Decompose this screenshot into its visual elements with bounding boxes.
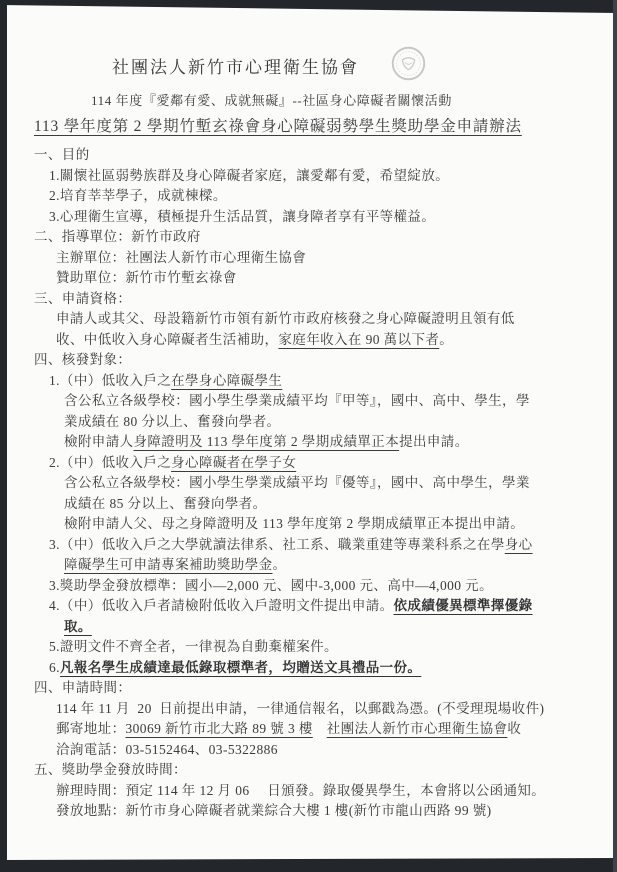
- text-segment: 申請人或其父、母設籍新竹市領有新竹市政府核發之身心障礙證明且領有低: [56, 311, 515, 326]
- doc-line: 2.（中）低收入戶之身心障礙者在學子女: [34, 453, 593, 474]
- text-segment: [313, 721, 327, 736]
- text-segment: 2.（中）低收入戶之: [49, 455, 171, 470]
- text-segment: 三、申請資格：: [34, 291, 131, 306]
- text-segment: 檢附申請人: [64, 434, 134, 449]
- doc-line: 5.證明文件不齊全者，一律視為自動棄權案件。: [34, 637, 593, 658]
- text-segment: 五、獎助學金發放時間：: [34, 762, 187, 777]
- underlined-text-segment: 依成績優異標準擇優錄: [394, 598, 533, 613]
- doc-line: 二、指導單位：新竹市政府: [34, 227, 593, 248]
- underlined-text-segment: 家庭年收入在 90 萬以下者: [278, 332, 439, 347]
- doc-line: 業成績在 80 分以上、奮發向學者。: [34, 412, 593, 433]
- doc-line: 114 年 11 月 20 日前提出申請，一律通信報名，以郵戳為憑。(不受理現場…: [34, 699, 593, 720]
- text-segment: 收、中低收入身心障礙者生活補助，: [56, 332, 278, 347]
- underlined-text-segment: 凡報名學生成績達最低錄取標準者，均贈送文具禮品一份。: [60, 660, 421, 675]
- text-segment: 提出申請。: [399, 434, 469, 449]
- doc-line: 3.獎助學金發放標準：國小—2,000 元、國中-3,000 元、高中—4,00…: [34, 576, 593, 597]
- doc-line: 申請人或其父、母設籍新竹市領有新竹市政府核發之身心障礙證明且領有低: [34, 309, 593, 330]
- underlined-text-segment: 身心障礙者在學子女: [171, 455, 296, 470]
- text-segment: 。: [273, 557, 287, 572]
- doc-line: 3.（中）低收入戶之大學就讀法律系、社工系、職業重建等專業科系之在學身心: [34, 535, 593, 556]
- document-title: 113 學年度第 2 學期竹塹玄祿會身心障礙弱勢學生獎助學金申請辦法: [34, 115, 593, 139]
- doc-line: 4.（中）低收入戶者請檢附低收入戶證明文件提出申請。依成績優異標準擇優錄: [34, 596, 593, 617]
- doc-line: 辦理時間：預定 114 年 12 月 06 日頒發。錄取優異學生，本會將以公函通…: [34, 781, 593, 802]
- text-segment: 成績在 85 分以上、奮發向學者。: [64, 496, 267, 511]
- doc-line: 檢附申請人身障證明及 113 學年度第 2 學期成績單正本提出申請。: [34, 432, 593, 453]
- doc-line: 檢附申請人父、母之身障證明及 113 學年度第 2 學期成績單正本提出申請。: [34, 514, 593, 535]
- text-segment: 業成績在 80 分以上、奮發向學者。: [64, 414, 280, 429]
- doc-line: 取。: [34, 617, 593, 638]
- doc-line: 1.關懷社區弱勢族群及身心障礙者家庭，讓愛鄰有愛，希望綻放。: [34, 166, 593, 187]
- doc-line: 6.凡報名學生成績達最低錄取標準者，均贈送文具禮品一份。: [34, 658, 593, 679]
- underlined-text-segment: 身障證明及 113 學年度第 2 學期成績單正本: [134, 434, 400, 449]
- text-segment: 主辦單位：社團法人新竹市心理衛生協會: [56, 250, 306, 265]
- underlined-text-segment: 障礙學生可申請專案補助獎助學金: [64, 557, 273, 572]
- text-segment: 四、核發對象：: [34, 352, 131, 367]
- text-segment: 含公私立各級學校：國小學生學業成績平均『優等』，國中、高中學生，學業: [64, 475, 530, 490]
- scanned-document: 社團法人新竹市心理衛生協會 114 年度『愛鄰有愛、成就無礙』--社區身心障礙者…: [0, 0, 617, 872]
- doc-line: 1.（中）低收入戶之在學身心障礙學生: [34, 371, 593, 392]
- doc-line: 2.培育莘莘學子，成就棟樑。: [34, 186, 593, 207]
- document-content: 社團法人新竹市心理衛生協會 114 年度『愛鄰有愛、成就無礙』--社區身心障礙者…: [0, 0, 617, 872]
- underlined-text-segment: 在學身心障礙學生: [171, 373, 282, 388]
- doc-line: 四、核發對象：: [34, 350, 593, 371]
- text-segment: 發放地點：新竹市身心障礙者就業綜合大樓 1 樓(新竹市龍山西路 99 號): [56, 803, 492, 818]
- underlined-text-segment: 社團法人新竹市心理衛生協會: [327, 721, 508, 736]
- activity-subtitle: 114 年度『愛鄰有愛、成就無礙』--社區身心障礙者關懷活動: [91, 90, 593, 111]
- underlined-text-segment: 30069 新竹市北大路 89 號 3 樓: [126, 721, 313, 736]
- text-segment: 二、指導單位：新竹市政府: [34, 229, 201, 244]
- text-segment: 6.: [49, 660, 60, 675]
- doc-line: 主辦單位：社團法人新竹市心理衛生協會: [34, 248, 593, 269]
- document-body: 一、目的1.關懷社區弱勢族群及身心障礙者家庭，讓愛鄰有愛，希望綻放。2.培育莘莘…: [34, 145, 593, 822]
- text-segment: 114 年 11 月 20 日前提出申請，一律通信報名，以郵戳為憑。(不受理現場…: [56, 701, 544, 716]
- text-segment: 。: [439, 332, 453, 347]
- doc-line: 3.心理衛生宣導，積極提升生活品質，讓身障者享有平等權益。: [34, 207, 593, 228]
- text-segment: 1.關懷社區弱勢族群及身心障礙者家庭，讓愛鄰有愛，希望綻放。: [49, 168, 449, 183]
- doc-line: 含公私立各級學校：國小學生學業成績平均『甲等』，國中、高中、學生，學: [34, 391, 593, 412]
- underlined-text-segment: 身心: [505, 537, 533, 552]
- text-segment: 收: [507, 721, 521, 736]
- text-segment: 5.證明文件不齊全者，一律視為自動棄權案件。: [49, 639, 338, 654]
- doc-line: 發放地點：新竹市身心障礙者就業綜合大樓 1 樓(新竹市龍山西路 99 號): [34, 801, 593, 822]
- text-segment: 1.（中）低收入戶之: [49, 373, 171, 388]
- doc-line: 贊助單位：新竹市竹塹玄祿會: [34, 268, 593, 289]
- doc-line: 郵寄地址：30069 新竹市北大路 89 號 3 樓 社團法人新竹市心理衛生協會…: [34, 719, 593, 740]
- organization-title: 社團法人新竹市心理衛生協會: [112, 56, 593, 80]
- doc-line: 含公私立各級學校：國小學生學業成績平均『優等』，國中、高中學生，學業: [34, 473, 593, 494]
- doc-line: 一、目的: [34, 145, 593, 166]
- text-segment: 郵寄地址：: [56, 721, 126, 736]
- doc-line: 障礙學生可申請專案補助獎助學金。: [34, 555, 593, 576]
- text-segment: 3.心理衛生宣導，積極提升生活品質，讓身障者享有平等權益。: [49, 209, 435, 224]
- doc-line: 三、申請資格：: [34, 289, 593, 310]
- text-segment: 一、目的: [34, 147, 90, 162]
- underlined-text-segment: 取。: [64, 619, 92, 634]
- text-segment: 含公私立各級學校：國小學生學業成績平均『甲等』，國中、高中、學生，學: [64, 393, 530, 408]
- text-segment: 四、申請時間：: [34, 680, 131, 695]
- text-segment: 4.（中）低收入戶者請檢附低收入戶證明文件提出申請。: [49, 598, 394, 613]
- doc-line: 洽詢電話：03-5152464、03-5322886: [34, 740, 593, 761]
- text-segment: 3.（中）低收入戶之大學就讀法律系、社工系、職業重建等專業科系之在學: [49, 537, 505, 552]
- text-segment: 辦理時間：預定 114 年 12 月 06 日頒發。錄取優異學生，本會將以公函通…: [56, 783, 545, 798]
- doc-line: 五、獎助學金發放時間：: [34, 760, 593, 781]
- text-segment: 贊助單位：新竹市竹塹玄祿會: [56, 270, 237, 285]
- text-segment: 檢附申請人父、母之身障證明及 113 學年度第 2 學期成績單正本提出申請。: [64, 516, 524, 531]
- doc-line: 收、中低收入身心障礙者生活補助，家庭年收入在 90 萬以下者。: [34, 330, 593, 351]
- doc-line: 成績在 85 分以上、奮發向學者。: [34, 494, 593, 515]
- doc-line: 四、申請時間：: [34, 678, 593, 699]
- text-segment: 3.獎助學金發放標準：國小—2,000 元、國中-3,000 元、高中—4,00…: [49, 578, 493, 593]
- text-segment: 2.培育莘莘學子，成就棟樑。: [49, 188, 227, 203]
- text-segment: 洽詢電話：03-5152464、03-5322886: [56, 742, 278, 757]
